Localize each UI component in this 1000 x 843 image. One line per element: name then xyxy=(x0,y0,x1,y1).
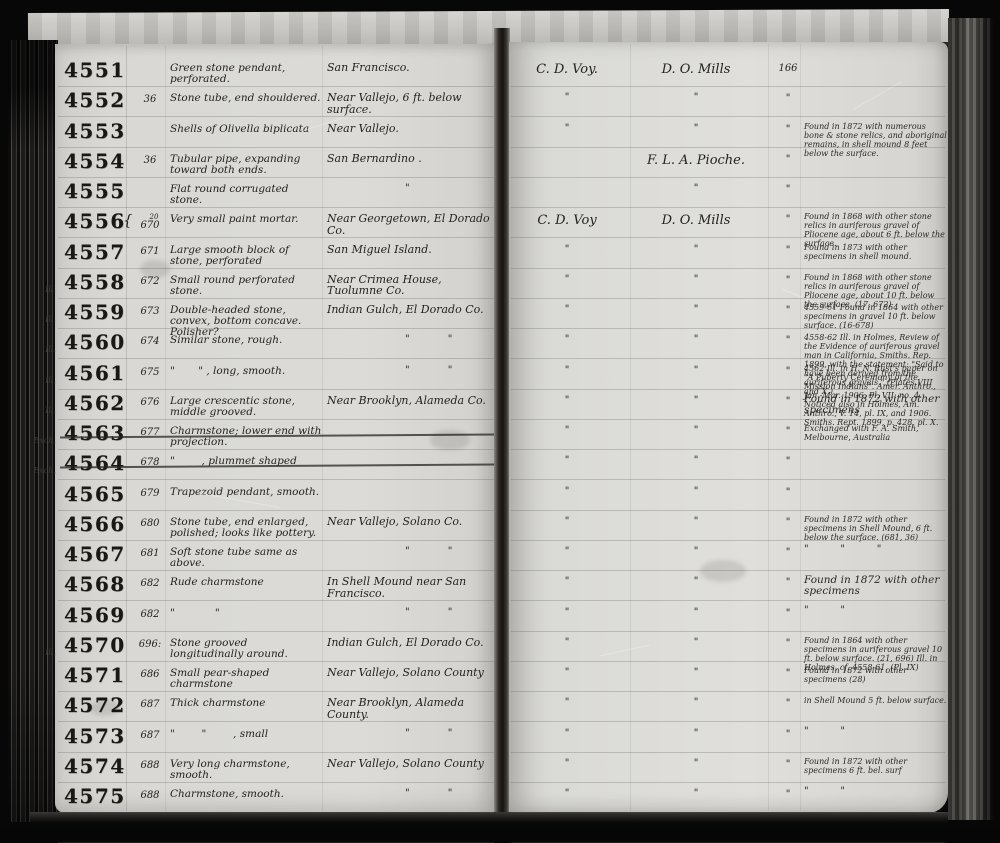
ruled-line xyxy=(511,177,945,178)
donor: " xyxy=(632,425,760,436)
page-reference: " xyxy=(770,487,806,498)
ruled-line xyxy=(58,389,494,390)
ruled-line xyxy=(58,86,494,87)
ruled-line xyxy=(511,812,945,813)
locality: In Shell Mound near San Francisco. xyxy=(327,576,493,599)
catalog-number: 4574 xyxy=(64,754,126,778)
collector: " xyxy=(512,667,622,678)
catalog-number: 4569 xyxy=(64,603,126,627)
brace-mark: { xyxy=(123,211,133,229)
original-number: 687 xyxy=(130,730,170,741)
margin-note: Exch. xyxy=(26,466,56,475)
donor: D. O. Mills xyxy=(632,62,760,77)
ruled-line xyxy=(58,237,494,238)
remarks: " " " xyxy=(804,545,948,554)
page-reference: " xyxy=(770,608,806,619)
original-number: 671 xyxy=(130,246,170,257)
collector: C. D. Voy xyxy=(512,213,622,228)
ruled-line xyxy=(511,782,945,783)
collector: " xyxy=(512,455,622,466)
locality: Near Vallejo, Solano Co. xyxy=(327,516,493,528)
donor: " xyxy=(632,244,760,255)
collector: " xyxy=(512,637,622,648)
ruled-line xyxy=(511,600,945,601)
collector: " xyxy=(512,697,622,708)
description: Rude charmstone xyxy=(170,577,322,588)
original-number: 681 xyxy=(130,548,170,559)
collector: C. D. Voy. xyxy=(512,62,622,77)
locality: Near Vallejo, Solano County xyxy=(327,667,493,679)
description: Large smooth block of stone, perforated xyxy=(170,245,322,267)
original-number: 675 xyxy=(130,367,170,378)
locality: Near Georgetown, El Dorado Co. xyxy=(327,213,493,236)
donor: " xyxy=(632,788,760,799)
column-rule xyxy=(768,44,769,811)
book-right-fore-edge xyxy=(948,18,994,820)
original-number: 672 xyxy=(130,276,170,287)
remarks: Found in 1873 with other specimens in sh… xyxy=(804,243,948,261)
margin-note: Ill. xyxy=(26,285,56,294)
collector: " xyxy=(512,728,622,739)
page-reference: " xyxy=(770,275,806,286)
page-reference: " xyxy=(770,366,806,377)
donor: " xyxy=(632,395,760,406)
catalog-number: 4562 xyxy=(64,391,126,415)
ruled-line xyxy=(58,691,494,692)
locality: Indian Gulch, El Dorado Co. xyxy=(327,637,493,649)
catalog-number: 4558 xyxy=(64,270,126,294)
locality: " xyxy=(405,183,571,195)
description: Stone tube, end shouldered. xyxy=(170,93,322,104)
donor: " xyxy=(632,304,760,315)
description: " " , long, smooth. xyxy=(170,366,322,377)
collector: " xyxy=(512,274,622,285)
margin-note: Ill. xyxy=(26,648,56,657)
catalog-number: 4555 xyxy=(64,179,126,203)
description: " " , small xyxy=(170,729,322,740)
page-reference: " xyxy=(770,698,806,709)
collector: " xyxy=(512,758,622,769)
catalog-number: 4564 xyxy=(64,451,126,475)
catalog-number: 4572 xyxy=(64,693,126,717)
locality: Near Crimea House, Tuolumne Co. xyxy=(327,274,493,297)
original-number: 680 xyxy=(130,518,170,529)
ruled-line xyxy=(58,358,494,359)
page-reference: " xyxy=(770,184,806,195)
catalog-number: 4571 xyxy=(64,663,126,687)
description: Flat round corrugated stone. xyxy=(170,184,322,206)
remarks: Found in 1872 with other specimens 6 ft.… xyxy=(804,757,948,775)
ruled-line xyxy=(58,449,494,450)
catalog-number: 4570 xyxy=(64,633,126,657)
ruled-line xyxy=(58,600,494,601)
locality: Indian Gulch, El Dorado Co. xyxy=(327,304,493,316)
catalog-number: 4560 xyxy=(64,330,126,354)
margin-note: Ill. xyxy=(26,406,56,415)
catalog-number: 4552 xyxy=(64,88,126,112)
description: Very long charmstone, smooth. xyxy=(170,759,322,781)
page-reference: " xyxy=(770,214,806,225)
description: Large crescentic stone, middle grooved. xyxy=(170,396,322,418)
locality: Near Vallejo. xyxy=(327,123,493,135)
locality: Near Vallejo, 6 ft. below surface. xyxy=(327,92,493,115)
book-bottom-edge xyxy=(30,812,948,823)
catalog-number: 4563 xyxy=(64,421,126,445)
ruled-line xyxy=(511,268,945,269)
ruled-line xyxy=(58,510,494,511)
ruled-line xyxy=(58,631,494,632)
locality: San Miguel Island. xyxy=(327,244,493,256)
description: Small round perforated stone. xyxy=(170,275,322,297)
margin-note: Exch. xyxy=(26,436,56,445)
original-number: 682 xyxy=(130,578,170,589)
ruled-line xyxy=(511,86,945,87)
collector: " xyxy=(512,123,622,134)
ruled-line xyxy=(511,207,945,208)
page-reference: " xyxy=(770,396,806,407)
locality: San Francisco. xyxy=(327,62,493,74)
ruled-line xyxy=(511,721,945,722)
collector: " xyxy=(512,576,622,587)
donor: " xyxy=(632,697,760,708)
original-number: 687 xyxy=(130,699,170,710)
locality: Near Brooklyn, Alameda Co. xyxy=(327,395,493,407)
donor: " xyxy=(632,667,760,678)
original-number: 682 xyxy=(130,609,170,620)
original-number: 676 xyxy=(130,397,170,408)
ruled-line xyxy=(58,268,494,269)
description: Stone tube, end enlarged, polished; look… xyxy=(170,517,322,539)
page-reference: " xyxy=(770,547,806,558)
donor: " xyxy=(632,728,760,739)
collector: " xyxy=(512,365,622,376)
original-number: 686 xyxy=(130,669,170,680)
collector: " xyxy=(512,788,622,799)
margin-note: Ill. xyxy=(26,315,56,324)
ruled-line xyxy=(511,510,945,511)
description: Similar stone, rough. xyxy=(170,335,322,346)
description: Green stone pendant, perforated. xyxy=(170,63,322,85)
collector: " xyxy=(512,334,622,345)
page-reference: " xyxy=(770,426,806,437)
scanned-ledger-photo: 4551Green stone pendant, perforated.San … xyxy=(0,0,1000,827)
ruled-line xyxy=(511,116,945,117)
margin-note: Ill. xyxy=(26,345,56,354)
original-number: 36 xyxy=(130,155,170,166)
page-reference: " xyxy=(770,789,806,800)
locality: San Bernardino . xyxy=(327,153,493,165)
collector: " xyxy=(512,395,622,406)
collector: " xyxy=(512,304,622,315)
page-reference: " xyxy=(770,124,806,135)
remarks: " " xyxy=(804,787,948,796)
donor: " xyxy=(632,455,760,466)
original-number: 674 xyxy=(130,336,170,347)
ruled-line xyxy=(58,570,494,571)
donor: " xyxy=(632,274,760,285)
original-number: 36 xyxy=(130,94,170,105)
remarks: in Shell Mound 5 ft. below surface. xyxy=(804,696,948,705)
ruled-line xyxy=(58,419,494,420)
ruled-line xyxy=(58,752,494,753)
remarks: Found in 1872 with other specimens xyxy=(804,575,948,597)
ruled-line xyxy=(58,116,494,117)
remarks: Found in 1872 with numerous bone & stone… xyxy=(804,122,948,158)
donor: " xyxy=(632,365,760,376)
description: Very small paint mortar. xyxy=(170,214,322,225)
donor: D. O. Mills xyxy=(632,213,760,228)
remarks: Found in 1872 with other specimens xyxy=(804,394,948,416)
ruled-line xyxy=(511,691,945,692)
ruled-line xyxy=(58,207,494,208)
donor: " xyxy=(632,183,760,194)
description: Soft stone tube same as above. xyxy=(170,547,322,569)
description: Small pear-shaped charmstone xyxy=(170,668,322,690)
page-reference: " xyxy=(770,638,806,649)
description: Trapezoid pendant, smooth. xyxy=(170,487,322,498)
ruled-line xyxy=(58,479,494,480)
description: Thick charmstone xyxy=(170,698,322,709)
catalog-number: 4566 xyxy=(64,512,126,536)
remarks: Found in 1872 with other specimens in Sh… xyxy=(804,515,948,542)
ruled-line xyxy=(58,782,494,783)
ruled-line xyxy=(58,812,494,813)
catalog-number: 4561 xyxy=(64,361,126,385)
donor: " xyxy=(632,546,760,557)
page-reference: " xyxy=(770,456,806,467)
page-reference: " xyxy=(770,245,806,256)
column-rule xyxy=(126,46,127,811)
catalog-number: 4559 xyxy=(64,300,126,324)
margin-note: Ill. xyxy=(26,376,56,385)
remarks: Found in 1872 with other specimens (28) xyxy=(804,666,948,684)
remarks: 4559-61 Found in 1864 with other specime… xyxy=(804,303,948,330)
original-number: 688 xyxy=(130,790,170,801)
page-reference: " xyxy=(770,668,806,679)
locality: Near Brooklyn, Alameda County. xyxy=(327,697,493,720)
page-reference: " xyxy=(770,154,806,165)
original-number: 696: xyxy=(130,639,170,650)
ruled-line xyxy=(58,147,494,148)
donor: " xyxy=(632,516,760,527)
catalog-number: 4553 xyxy=(64,119,126,143)
description: Stone grooved longitudinally around. xyxy=(170,638,322,660)
catalog-number: 4556 xyxy=(64,209,126,233)
donor: " xyxy=(632,758,760,769)
catalog-number: 4567 xyxy=(64,542,126,566)
ruled-line xyxy=(58,298,494,299)
page-reference: " xyxy=(770,93,806,104)
remarks: " " xyxy=(804,606,948,615)
donor: " xyxy=(632,92,760,103)
donor: " xyxy=(632,637,760,648)
original-number: 20{670 xyxy=(130,215,170,231)
donor: " xyxy=(632,334,760,345)
donor: F. L. A. Pioche. xyxy=(632,153,760,168)
collector: " xyxy=(512,486,622,497)
ruled-line xyxy=(511,479,945,480)
description: " " xyxy=(170,608,322,619)
ruled-line xyxy=(511,449,945,450)
collector: " xyxy=(512,425,622,436)
book-spine-gutter xyxy=(494,28,510,818)
description: Shells of Olivella biplicata xyxy=(170,124,322,135)
page-reference: 166 xyxy=(770,63,806,74)
catalog-number: 4575 xyxy=(64,784,126,808)
ruled-line xyxy=(511,631,945,632)
remarks: Exchanged with F. A. Smith, Melbourne, A… xyxy=(804,424,948,442)
catalog-number: 4568 xyxy=(64,572,126,596)
original-number: 688 xyxy=(130,760,170,771)
ruled-line xyxy=(511,570,945,571)
collector: " xyxy=(512,244,622,255)
page-reference: " xyxy=(770,335,806,346)
original-number: 673 xyxy=(130,306,170,317)
page-reference: " xyxy=(770,577,806,588)
donor: " xyxy=(632,576,760,587)
page-reference: " xyxy=(770,759,806,770)
catalog-number: 4565 xyxy=(64,482,126,506)
donor: " xyxy=(632,607,760,618)
catalog-number: 4557 xyxy=(64,240,126,264)
catalog-number: 4551 xyxy=(64,58,126,82)
book-left-page-stack xyxy=(8,40,58,822)
page-reference: " xyxy=(770,517,806,528)
description: Tubular pipe, expanding toward both ends… xyxy=(170,154,322,176)
column-rule xyxy=(630,44,631,811)
original-number-superscript: 20 xyxy=(138,215,170,220)
locality: Near Vallejo, Solano County xyxy=(327,758,493,770)
collector: " xyxy=(512,546,622,557)
description: Charmstone, smooth. xyxy=(170,789,322,800)
donor: " xyxy=(632,486,760,497)
page-reference: " xyxy=(770,305,806,316)
original-number: 679 xyxy=(130,488,170,499)
description: Double-headed stone, convex, bottom conc… xyxy=(170,305,322,338)
collector: " xyxy=(512,92,622,103)
ruled-line xyxy=(58,661,494,662)
donor: " xyxy=(632,123,760,134)
remarks: " " xyxy=(804,727,948,736)
page-reference: " xyxy=(770,729,806,740)
ruled-line xyxy=(58,721,494,722)
ruled-line xyxy=(511,752,945,753)
catalog-number: 4573 xyxy=(64,724,126,748)
ruled-line xyxy=(58,177,494,178)
collector: " xyxy=(512,516,622,527)
collector: " xyxy=(512,607,622,618)
ruled-line xyxy=(58,540,494,541)
catalog-number: 4554 xyxy=(64,149,126,173)
